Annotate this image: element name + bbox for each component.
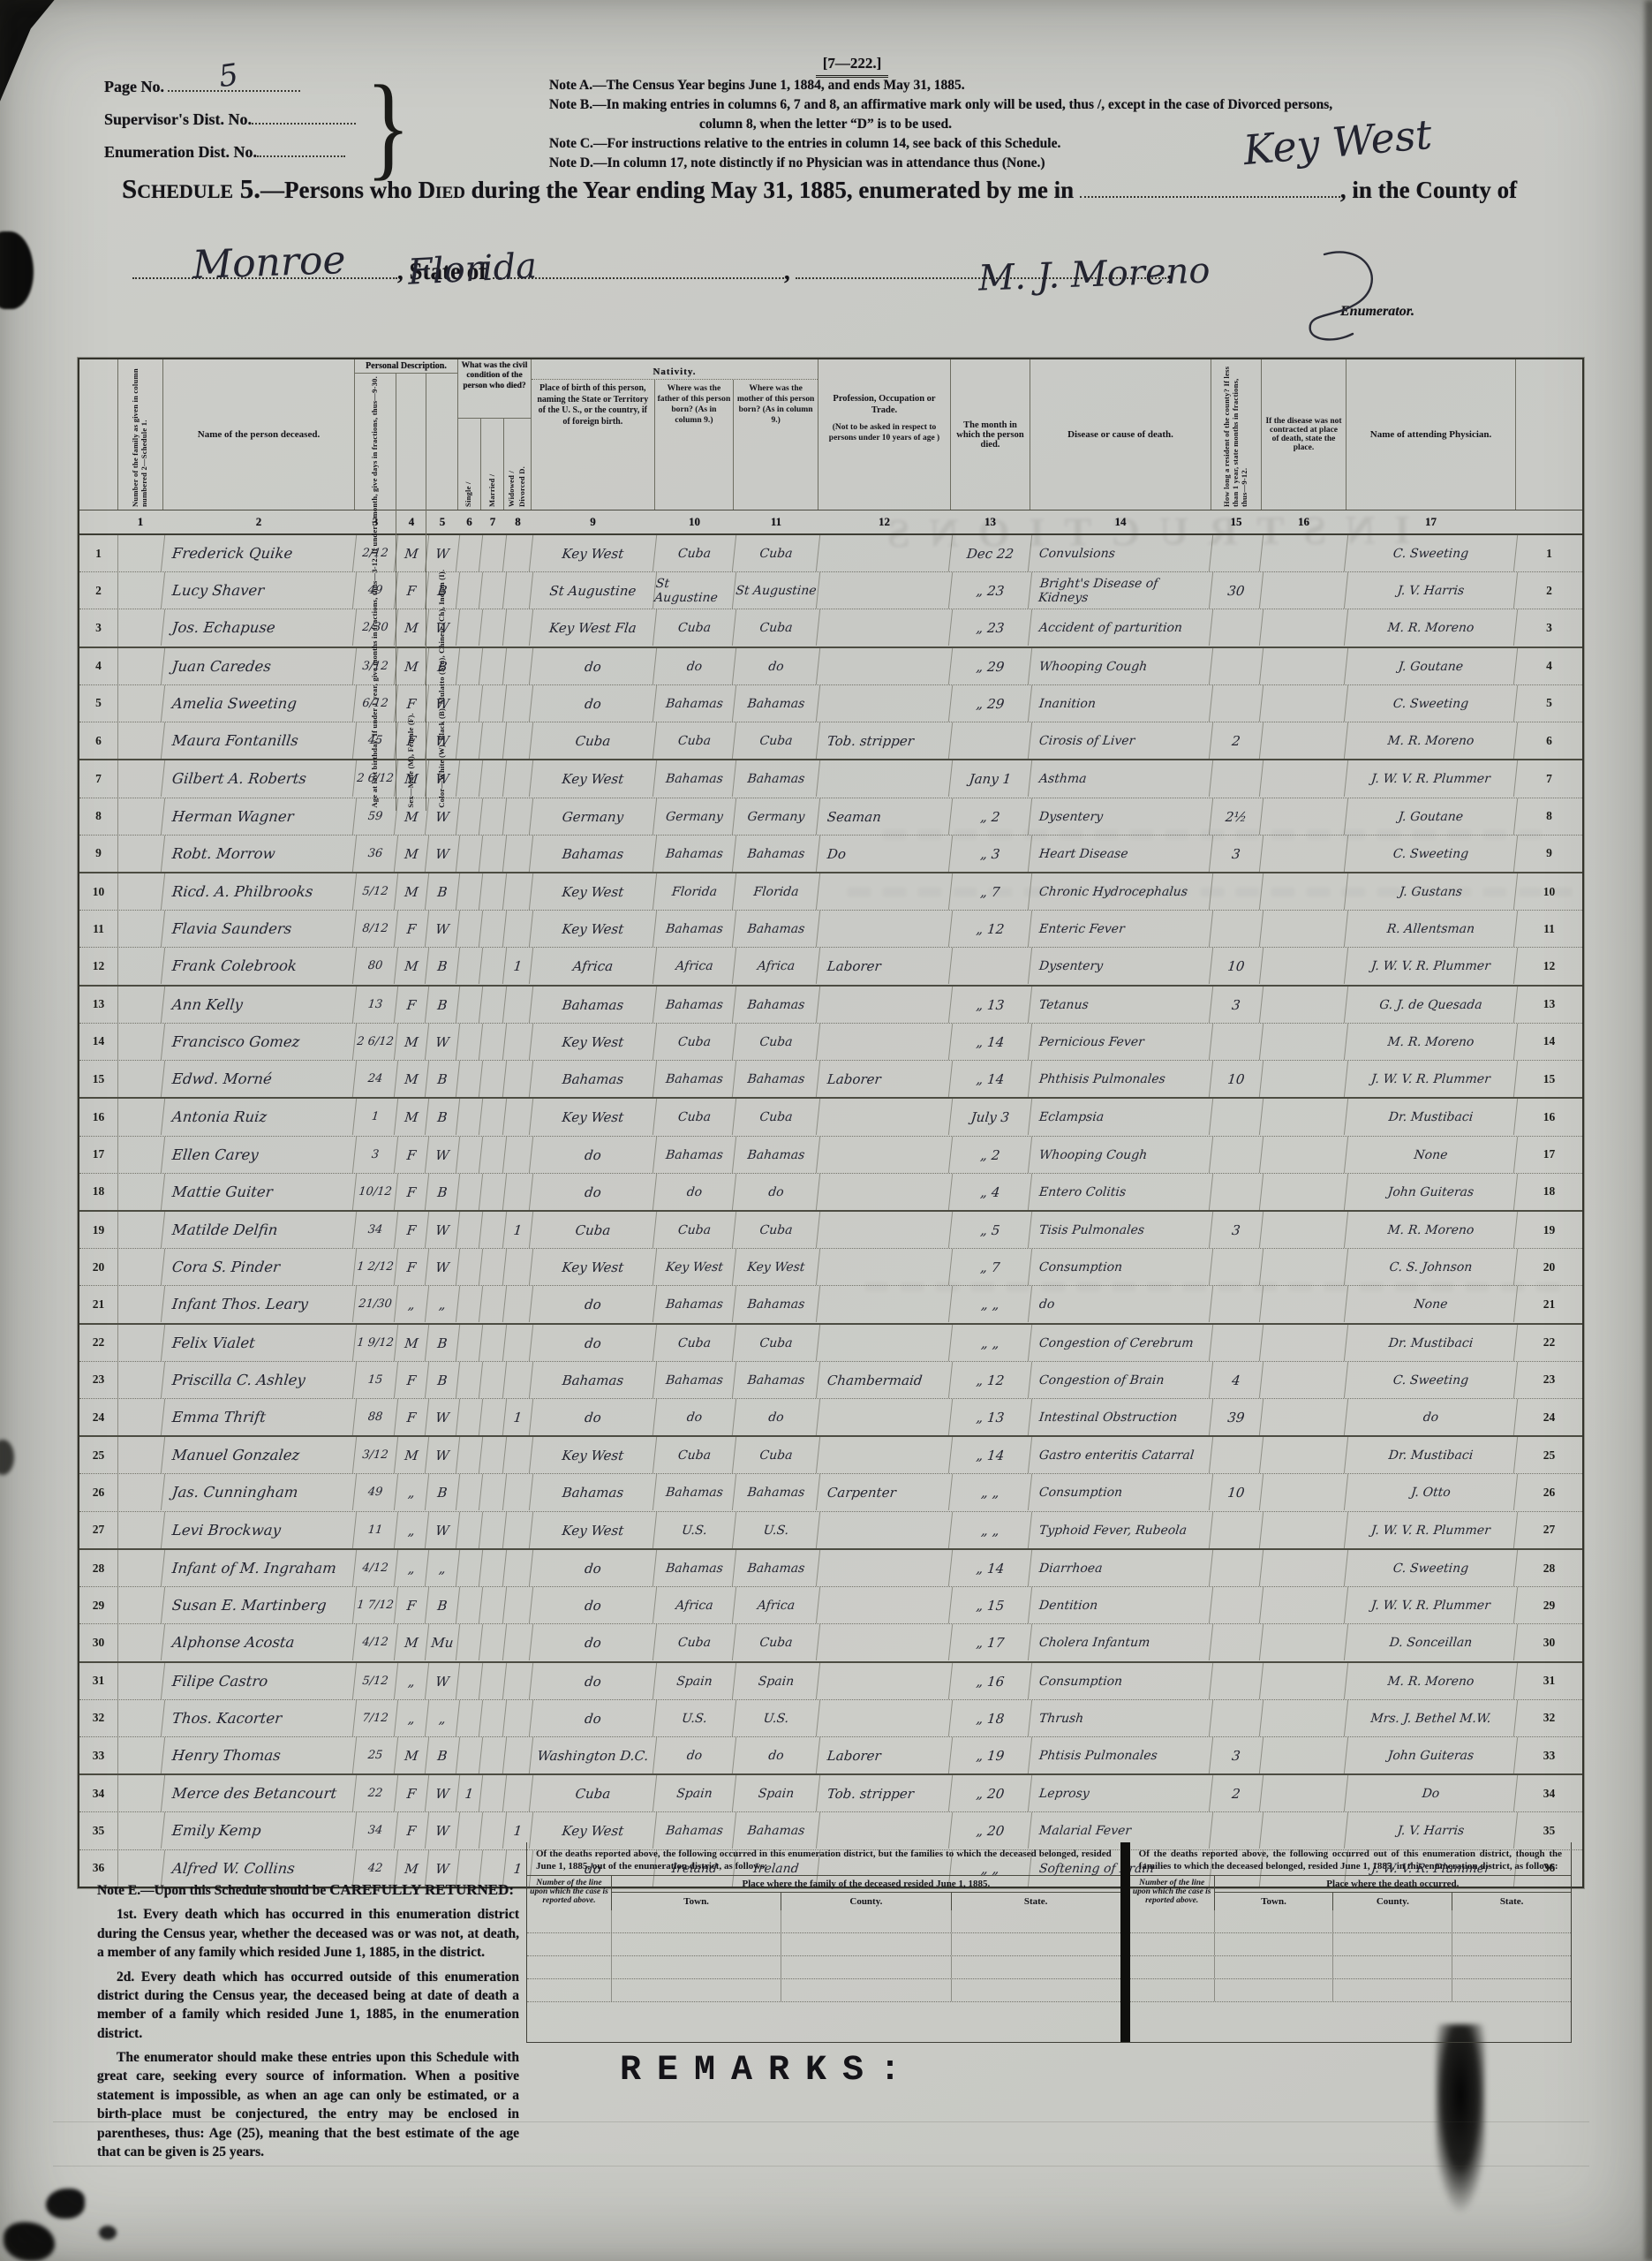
column-number-11: 11 (735, 515, 818, 529)
cell-physician: J. V. Harris (1345, 572, 1518, 609)
cell-physician: C. Sweeting (1345, 836, 1518, 872)
table-row: 20Cora S. Pinder1 2/12FWKey WestKey West… (79, 1249, 1582, 1286)
cell-widowed: 1 (503, 1399, 533, 1435)
cell-family-number (117, 1325, 165, 1361)
cell-father-birthplace: Bahamas (653, 836, 736, 872)
cell-physician: M. R. Moreno (1345, 609, 1518, 646)
cell-place-contracted (1260, 760, 1348, 797)
cell-resident-duration: 30 (1210, 572, 1264, 609)
form-number: [7—222.] (706, 55, 998, 78)
cell-color: Mu (426, 1624, 460, 1660)
scan-stain-bottom-left-3 (99, 2226, 117, 2240)
cell-occupation (817, 1437, 953, 1473)
cell-widowed (503, 1512, 533, 1548)
cell-widowed (503, 836, 533, 872)
cell-occupation (817, 1700, 953, 1736)
cell-mother-birthplace: Cuba (733, 609, 820, 646)
cell-resident-duration (1210, 1550, 1264, 1586)
cell-color: B (426, 1174, 460, 1210)
row-number-right: 19 (1516, 1212, 1582, 1248)
cell-father-birthplace: Bahamas (653, 1061, 736, 1097)
table-row: 3Jos. Echapuse2/30MWKey West FlaCubaCuba… (79, 609, 1582, 647)
cell-month-died: „ „ (949, 1325, 1032, 1361)
column-number-10: 10 (655, 515, 735, 529)
deaths-in-district-table: Of the deaths reported above, the follow… (527, 1842, 1120, 2042)
schedule-number: Schedule 5. (122, 173, 260, 204)
cell-resident-duration (1210, 1325, 1264, 1361)
cell-color: „ (426, 1700, 460, 1736)
cell-sex: M (395, 1737, 429, 1773)
cell-color: B (426, 987, 460, 1023)
table-row: 12Frank Colebrook80MB1AfricaAfricaAfrica… (79, 948, 1582, 986)
cell-sex: M (395, 1024, 429, 1060)
cell-resident-duration (1210, 873, 1264, 910)
cell-disease: Typhoid Fever, Rubeola (1029, 1512, 1213, 1548)
cell-sex: „ (395, 1700, 429, 1736)
cell-father-birthplace: Bahamas (653, 987, 736, 1023)
cell-physician: C. S. Johnson (1345, 1249, 1518, 1285)
cell-mother-birthplace: U.S. (733, 1512, 820, 1548)
cell-family-number (117, 685, 165, 722)
cell-family-number (117, 1587, 165, 1623)
cell-color: B (426, 1099, 460, 1135)
table-body: 1Frederick Quike2/12MWKey WestCubaCubaDe… (79, 535, 1582, 1887)
cell-color: W (426, 798, 460, 835)
cell-physician: M. R. Moreno (1345, 1663, 1518, 1699)
cell-physician: J. W. V. R. Plummer (1345, 1587, 1518, 1623)
cell-occupation (817, 760, 953, 797)
deaths-out-of-district-intro: Of the deaths reported above, the follow… (1130, 1842, 1571, 1875)
deaths-in-district-intro: Of the deaths reported above, the follow… (527, 1842, 1120, 1875)
cell-resident-duration (1210, 609, 1264, 646)
cell-birthplace: Bahamas (530, 1474, 657, 1510)
col-single-header: Single / (458, 419, 481, 510)
cell-color: B (426, 1362, 460, 1398)
cell-father-birthplace: Cuba (653, 1024, 736, 1060)
cell-sex: „ (395, 1550, 429, 1586)
cell-physician: do (1345, 1399, 1518, 1435)
cell-place-contracted (1260, 1550, 1348, 1586)
cell-father-birthplace: Cuba (653, 1212, 736, 1248)
cell-place-contracted (1260, 648, 1348, 684)
cell-month-died: „ 4 (949, 1174, 1032, 1210)
cell-age: 5/12 (353, 1663, 398, 1699)
cell-occupation (817, 535, 953, 571)
row-number-right: 6 (1516, 722, 1582, 759)
cell-birthplace: Key West (530, 873, 657, 910)
cell-mother-birthplace: Key West (733, 1249, 820, 1285)
column-number-15: 15 (1211, 515, 1262, 529)
cell-occupation: Laborer (817, 948, 953, 984)
cell-month-died: „ 7 (949, 1249, 1032, 1285)
cell-sex: M (395, 948, 429, 984)
cell-sex: M (395, 1061, 429, 1097)
cell-family-number (117, 1137, 165, 1173)
cell-physician: Mrs. J. Bethel M.W. (1345, 1700, 1518, 1736)
cell-name: Edwd. Morné (162, 1061, 357, 1097)
cell-widowed (503, 798, 533, 835)
col-resident-header: How long a resident of the county? If le… (1211, 359, 1262, 510)
cell-physician: J. Goutane (1345, 798, 1518, 835)
cell-month-died: „ „ (949, 1512, 1032, 1548)
cell-name: Felix Vialet (162, 1325, 357, 1361)
cell-occupation (817, 1587, 953, 1623)
cell-occupation: Carpenter (817, 1474, 953, 1510)
cell-occupation (817, 1137, 953, 1173)
cell-age: 7/12 (353, 1700, 398, 1736)
cell-month-died: „ 17 (949, 1624, 1032, 1660)
cell-resident-duration: 10 (1210, 1061, 1264, 1097)
row-number-right: 20 (1516, 1249, 1582, 1285)
row-number-right: 34 (1516, 1775, 1582, 1811)
cell-resident-duration (1210, 911, 1264, 947)
bottom-table-empty-cell (612, 1910, 781, 1932)
bottom-table-empty-cell (527, 1956, 612, 1978)
cell-sex: „ (395, 1474, 429, 1510)
cell-sex: M (395, 609, 429, 646)
cell-mother-birthplace: Cuba (733, 722, 820, 759)
cell-birthplace: Cuba (530, 722, 657, 759)
cell-mother-birthplace: Florida (733, 873, 820, 910)
row-number-left: 11 (79, 911, 118, 947)
cell-month-died: „ „ (949, 1286, 1032, 1322)
bottom-tables-divider (1120, 1842, 1130, 2042)
bottom-table-empty-cell (1130, 1933, 1215, 1955)
cell-name: Francisco Gomez (162, 1024, 357, 1060)
state-column-header: State. (952, 1893, 1120, 1910)
cell-birthplace: Bahamas (530, 1362, 657, 1398)
cell-mother-birthplace: Bahamas (733, 836, 820, 872)
cell-resident-duration (1210, 1437, 1264, 1473)
table-row: 18Mattie Guiter10/12FBdododo„ 4Entero Co… (79, 1174, 1582, 1212)
bottom-table-empty-row (1130, 1933, 1571, 1956)
row-number-right: 9 (1516, 836, 1582, 872)
cell-mother-birthplace: Spain (733, 1663, 820, 1699)
cell-mother-birthplace: Bahamas (733, 760, 820, 797)
schedule-title-line-2: , State of , , (132, 258, 1633, 285)
cell-resident-duration (1210, 1663, 1264, 1699)
cell-age: 3 (353, 1137, 398, 1173)
cell-physician: G. J. de Quesada (1345, 987, 1518, 1023)
cell-occupation (817, 1550, 953, 1586)
cell-name: Amelia Sweeting (162, 685, 357, 722)
bottom-table-empty-cell (781, 1979, 951, 2001)
table-row: 23Priscilla C. Ashley15FBBahamasBahamasB… (79, 1362, 1582, 1399)
table-row: 5Amelia Sweeting6/12FWdoBahamasBahamas„ … (79, 685, 1582, 722)
cell-month-died: „ 5 (949, 1212, 1032, 1248)
cell-physician: C. Sweeting (1345, 535, 1518, 571)
cell-name: Merce des Betancourt (162, 1775, 357, 1811)
cell-birthplace: St Augustine (530, 572, 657, 609)
cell-mother-birthplace: Bahamas (733, 911, 820, 947)
bottom-table-empty-cell (1130, 1979, 1215, 2001)
cell-physician: John Guiteras (1345, 1737, 1518, 1773)
cell-disease: Inanition (1029, 685, 1213, 722)
cell-resident-duration: 4 (1210, 1362, 1264, 1398)
table-row: 28Infant of M. Ingraham4/12„„doBahamasBa… (79, 1550, 1582, 1587)
row-number-left: 17 (79, 1137, 118, 1173)
row-number-right: 4 (1516, 648, 1582, 684)
cell-disease: do (1029, 1286, 1213, 1322)
cell-occupation (817, 648, 953, 684)
bottom-table-empty-cell (781, 1933, 951, 1955)
bottom-table-empty-row (1130, 1910, 1571, 1933)
cell-place-contracted (1260, 1474, 1348, 1510)
cell-family-number (117, 987, 165, 1023)
cell-father-birthplace: Africa (653, 1587, 736, 1623)
cell-mother-birthplace: Spain (733, 1775, 820, 1811)
row-number-left: 22 (79, 1325, 118, 1361)
bottom-table-empty-cell (612, 1933, 781, 1955)
cell-disease: Diarrhoea (1029, 1550, 1213, 1586)
scan-stain-left-edge (0, 231, 34, 309)
cell-father-birthplace: Florida (653, 873, 736, 910)
cell-father-birthplace: Bahamas (653, 685, 736, 722)
cell-family-number (117, 1286, 165, 1322)
cell-color: W (426, 1512, 460, 1548)
cell-physician: John Guiteras (1345, 1174, 1518, 1210)
cell-birthplace: do (530, 1174, 657, 1210)
scanned-mortality-schedule-page: INSTRUCTIONS [7—222.] Page No. Superviso… (0, 0, 1652, 2261)
cell-mother-birthplace: Bahamas (733, 1362, 820, 1398)
cell-place-contracted (1260, 911, 1348, 947)
cell-age: 13 (353, 987, 398, 1023)
cell-place-contracted (1260, 1775, 1348, 1811)
table-row: 30Alphonse Acosta4/12MMudoCubaCuba„ 17Ch… (79, 1624, 1582, 1662)
row-number-right: 11 (1516, 911, 1582, 947)
cell-father-birthplace: Cuba (653, 535, 736, 571)
cell-color: „ (426, 1286, 460, 1322)
column-number-14: 14 (1030, 515, 1211, 529)
cell-father-birthplace: U.S. (653, 1700, 736, 1736)
cell-place-contracted (1260, 1663, 1348, 1699)
cell-family-number (117, 722, 165, 759)
cell-month-died: „ 29 (949, 685, 1032, 722)
cell-place-contracted (1260, 1437, 1348, 1473)
bottom-table-empty-row (1130, 1979, 1571, 2002)
page-no-value: 5 (216, 57, 240, 95)
col-married-header: Married / (481, 419, 505, 510)
note-e-title: Note E.—Upon this Schedule should be CAR… (97, 1879, 519, 1900)
cell-physician: J. W. V. R. Plummer (1345, 760, 1518, 797)
table-header: Number of the family as given in column … (79, 359, 1582, 510)
column-number-7: 7 (481, 515, 505, 529)
row-number-left: 23 (79, 1362, 118, 1398)
row-number-right: 12 (1516, 948, 1582, 984)
cell-occupation (817, 1399, 953, 1435)
cell-physician: R. Allentsman (1345, 911, 1518, 947)
cell-month-died: „ 29 (949, 648, 1032, 684)
cell-widowed (503, 1550, 533, 1586)
cell-birthplace: Key West Fla (530, 609, 657, 646)
cell-family-number (117, 1249, 165, 1285)
cell-occupation (817, 911, 953, 947)
bottom-table-empty-row (527, 1979, 1120, 2002)
cell-name: Infant of M. Ingraham (162, 1550, 357, 1586)
cell-birthplace: do (530, 1624, 657, 1660)
cell-month-died: „ 14 (949, 1550, 1032, 1586)
cell-father-birthplace: Africa (653, 948, 736, 984)
cell-widowed (503, 911, 533, 947)
cell-age: 15 (353, 1362, 398, 1398)
cell-occupation (817, 1286, 953, 1322)
cell-place-contracted (1260, 1137, 1348, 1173)
enumeration-dist-line (257, 143, 345, 157)
note-e-paragraph-2: 2d. Every death which has occurred outsi… (97, 1968, 519, 2044)
cell-occupation (817, 572, 953, 609)
state-column-header: State. (1452, 1893, 1571, 1910)
cell-disease: Congestion of Brain (1029, 1362, 1213, 1398)
cell-place-contracted (1260, 1512, 1348, 1548)
row-number-right: 21 (1516, 1286, 1582, 1322)
cell-name: Juan Caredes (162, 648, 357, 684)
cell-name: Frank Colebrook (162, 948, 357, 984)
cell-widowed (503, 760, 533, 797)
cell-occupation (817, 1663, 953, 1699)
cell-birthplace: Bahamas (530, 836, 657, 872)
table-row: 21Infant Thos. Leary21/30„„doBahamasBaha… (79, 1286, 1582, 1324)
cell-family-number (117, 1362, 165, 1398)
cell-name: Lucy Shaver (162, 572, 357, 609)
bottom-table-empty-row (527, 1910, 1120, 1933)
cell-color: B (426, 1474, 460, 1510)
row-number-left: 15 (79, 1061, 118, 1097)
cell-place-contracted (1260, 987, 1348, 1023)
row-number-left: 29 (79, 1587, 118, 1623)
cell-sex: M (395, 798, 429, 835)
row-number-right: 13 (1516, 987, 1582, 1023)
bottom-table-empty-row (527, 1933, 1120, 1956)
cell-physician: Dr. Mustibaci (1345, 1099, 1518, 1135)
cell-place-contracted (1260, 609, 1348, 646)
cell-father-birthplace: Cuba (653, 609, 736, 646)
col-widowed-header: Widowed /Divorced D. (504, 419, 531, 510)
cell-place-contracted (1260, 948, 1348, 984)
cell-month-died: „ 14 (949, 1024, 1032, 1060)
col-birthplace-header: Place of birth of this person, naming th… (532, 380, 655, 510)
cell-occupation (817, 1325, 953, 1361)
bottom-table-empty-cell (612, 1956, 781, 1978)
row-number-right: 26 (1516, 1474, 1582, 1510)
cell-mother-birthplace: Africa (733, 948, 820, 984)
cell-sex: M (395, 1325, 429, 1361)
cell-mother-birthplace: do (733, 1737, 820, 1773)
row-number-left: 26 (79, 1474, 118, 1510)
cell-month-died: Jany 1 (949, 760, 1032, 797)
cell-resident-duration: 10 (1210, 1474, 1264, 1510)
cell-sex: F (395, 1137, 429, 1173)
cell-widowed: 1 (503, 1212, 533, 1248)
cell-sex: M (395, 648, 429, 684)
cell-widowed (503, 1286, 533, 1322)
cell-color: B (426, 1737, 460, 1773)
cell-mother-birthplace: Germany (733, 798, 820, 835)
cell-disease: Entero Colitis (1029, 1174, 1213, 1210)
bottom-table-empty-cell (952, 1933, 1120, 1955)
row-number-right: 16 (1516, 1099, 1582, 1135)
cell-color: W (426, 1775, 460, 1811)
row-number-left: 4 (79, 648, 118, 684)
cell-age: 88 (353, 1399, 398, 1435)
table-row: 22Felix Vialet1 9/12MBdoCubaCuba„ „Conge… (79, 1325, 1582, 1362)
cell-widowed (503, 1474, 533, 1510)
cell-place-contracted (1260, 1700, 1348, 1736)
bottom-table-empty-cell (1333, 1979, 1452, 2001)
cell-name: Jas. Cunningham (162, 1474, 357, 1510)
cell-age: 4/12 (353, 1550, 398, 1586)
cell-name: Mattie Guiter (162, 1174, 357, 1210)
cell-age: 4/12 (353, 1624, 398, 1660)
column-number-2: 2 (163, 515, 355, 529)
row-number-right: 22 (1516, 1325, 1582, 1361)
cell-color: W (426, 1399, 460, 1435)
cell-age: 25 (353, 1737, 398, 1773)
cell-month-died: „ 23 (949, 609, 1032, 646)
cell-month-died: „ 7 (949, 873, 1032, 910)
bottom-table-empty-cell (1215, 1979, 1334, 2001)
cell-widowed (503, 987, 533, 1023)
cell-widowed (503, 1587, 533, 1623)
bottom-table-empty-cell (1452, 1956, 1571, 1978)
column-number-13: 13 (951, 515, 1030, 529)
cell-age: 34 (353, 1212, 398, 1248)
cell-color: B (426, 948, 460, 984)
cell-name: Ellen Carey (162, 1137, 357, 1173)
place-blank-line (1080, 178, 1340, 198)
cell-birthplace: Key West (530, 1512, 657, 1548)
bottom-table-empty-cell (527, 1910, 612, 1932)
cell-color: B (426, 1061, 460, 1097)
cell-mother-birthplace: Cuba (733, 1099, 820, 1135)
line-number-column-header: Number of the line upon which the case i… (1130, 1876, 1215, 1910)
cell-sex: F (395, 1174, 429, 1210)
cell-occupation (817, 1624, 953, 1660)
table-row: 11Flavia Saunders8/12FWKey WestBahamasBa… (79, 911, 1582, 948)
cell-sex: F (395, 1249, 429, 1285)
cell-disease: Congestion of Cerebrum (1029, 1325, 1213, 1361)
cell-color: W (426, 1024, 460, 1060)
cell-resident-duration: 3 (1210, 836, 1264, 872)
cell-family-number (117, 572, 165, 609)
cell-widowed (503, 648, 533, 684)
bottom-table-empty-cell (781, 1956, 951, 1978)
cell-family-number (117, 648, 165, 684)
family-residence-header: Place where the family of the deceased r… (612, 1876, 1120, 1893)
cell-resident-duration (1210, 1700, 1264, 1736)
row-number-header-right (1516, 359, 1582, 510)
cell-resident-duration (1210, 1624, 1264, 1660)
bottom-table-empty-cell (1452, 1933, 1571, 1955)
cell-father-birthplace: Bahamas (653, 1286, 736, 1322)
cell-disease: Cirosis of Liver (1029, 722, 1213, 759)
cell-widowed (503, 1700, 533, 1736)
cell-father-birthplace: Bahamas (653, 1362, 736, 1398)
cell-age: 3/12 (353, 648, 398, 684)
table-row: 13Ann Kelly13FBBahamasBahamasBahamas„ 13… (79, 987, 1582, 1024)
cell-sex: F (395, 987, 429, 1023)
cell-widowed (503, 1737, 533, 1773)
cell-resident-duration: 3 (1210, 1737, 1264, 1773)
cell-family-number (117, 1212, 165, 1248)
row-number-right: 24 (1516, 1399, 1582, 1435)
cell-physician: Dr. Mustibaci (1345, 1325, 1518, 1361)
cell-physician: C. Sweeting (1345, 1362, 1518, 1398)
cell-age: 1 (353, 1099, 398, 1135)
scan-stain-bottom-left-2 (4, 2222, 55, 2261)
bottom-table-empty-cell (781, 1910, 951, 1932)
table-row: 31Filipe Castro5/12„WdoSpainSpain„ 16Con… (79, 1663, 1582, 1700)
cell-widowed (503, 1024, 533, 1060)
